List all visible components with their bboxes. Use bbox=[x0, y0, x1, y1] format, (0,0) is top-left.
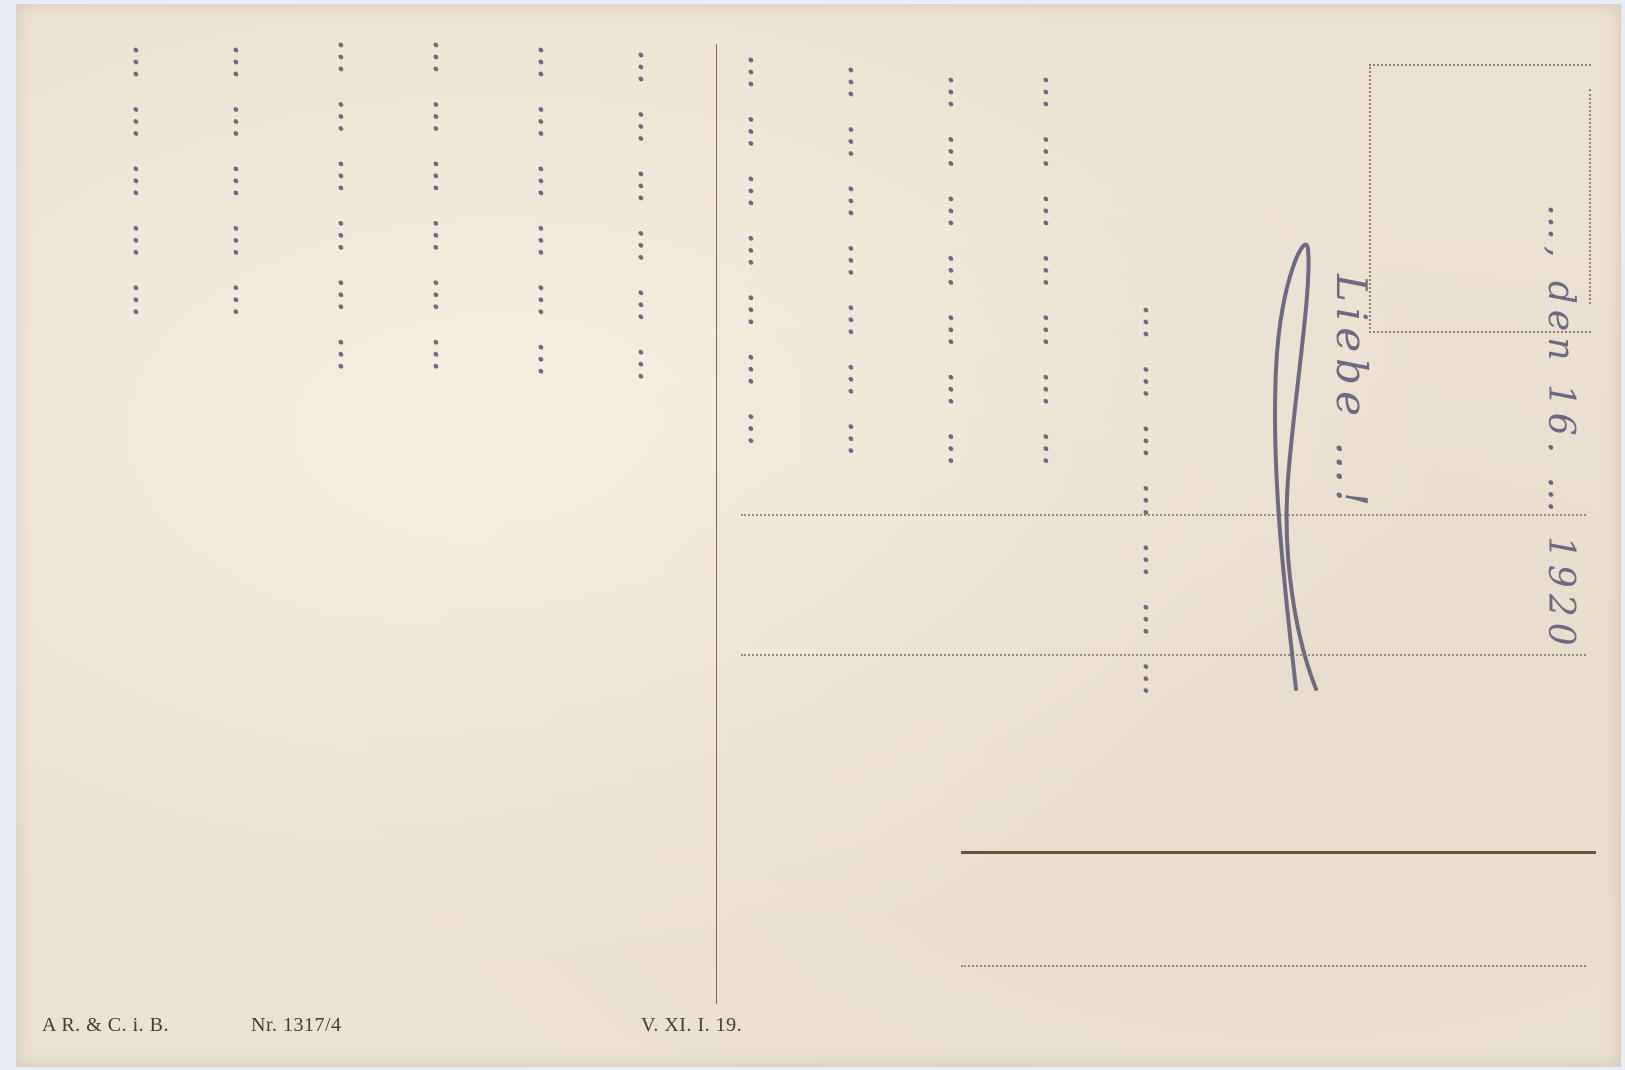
handwriting-line: … … … … … bbox=[225, 44, 266, 324]
signature-flourish bbox=[1266, 219, 1326, 699]
stamp-area-right-edge bbox=[1589, 89, 1591, 304]
handwriting-salutation: Liebe …! bbox=[1327, 274, 1376, 512]
handwriting-line: … … … … … … … bbox=[840, 64, 881, 463]
postcard-back: …, den 16. … 1920 Liebe …! … … … … … … …… bbox=[16, 4, 1621, 1067]
handwriting-line: … … … … … … … bbox=[1135, 304, 1176, 703]
address-line-3 bbox=[961, 965, 1586, 967]
imprint-publisher: A R. & C. i. B. bbox=[42, 1014, 169, 1037]
handwriting-line: … … … … … … … bbox=[1035, 74, 1076, 473]
handwriting-line: … … … … … … … bbox=[740, 54, 781, 453]
message-address-divider bbox=[716, 44, 717, 1004]
address-solid-rule bbox=[961, 851, 1596, 854]
handwriting-line: … … … … … … bbox=[330, 39, 371, 378]
handwriting-date-line: …, den 16. … 1920 bbox=[1540, 204, 1581, 652]
imprint-code: V. XI. I. 19. bbox=[641, 1014, 742, 1037]
handwriting-line: … … … … … bbox=[125, 44, 166, 324]
handwriting-line: … … … … … … bbox=[630, 49, 671, 388]
handwriting-line: … … … … … … … bbox=[940, 74, 981, 473]
handwriting-line: … … … … … … bbox=[425, 39, 466, 378]
handwriting-line: … … … … … … bbox=[530, 44, 571, 383]
imprint-number: Nr. 1317/4 bbox=[251, 1014, 342, 1037]
